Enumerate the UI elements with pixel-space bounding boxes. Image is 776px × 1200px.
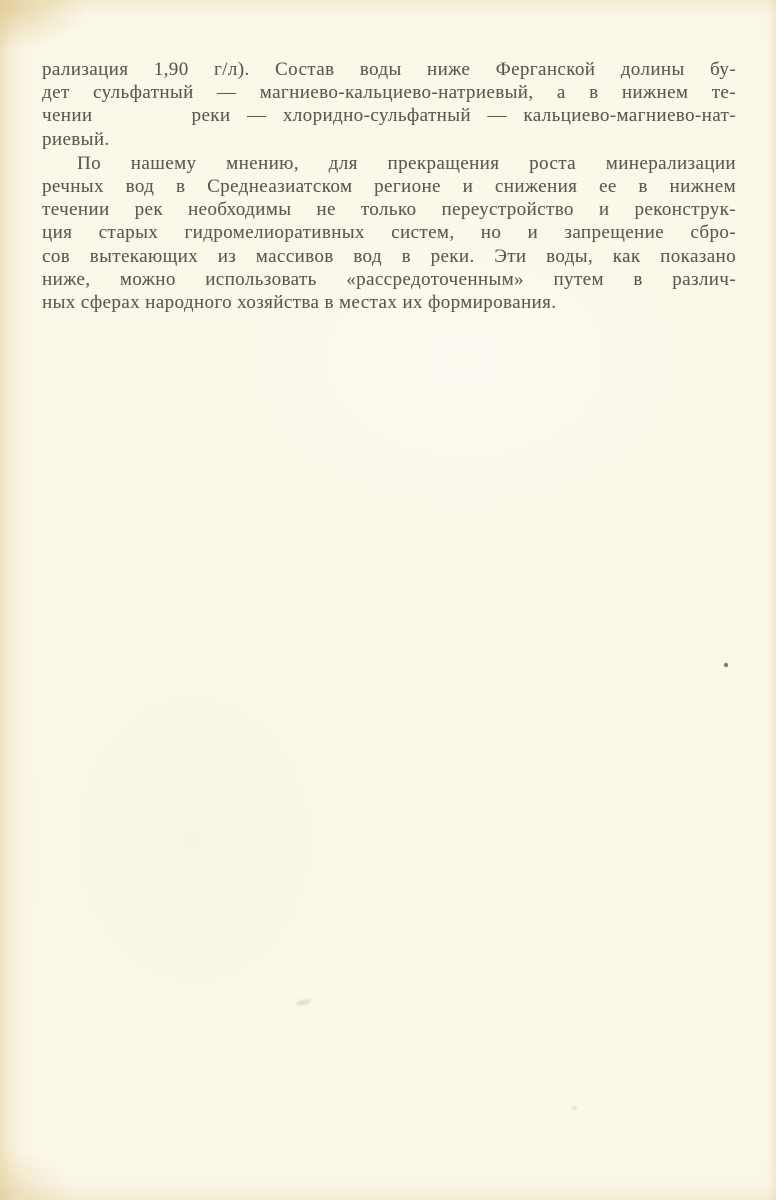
text-line: рализация 1,90 г/л). Состав воды ниже Фе… [42,58,736,81]
ink-speck [724,663,728,667]
text-line: ниже, можно использовать «рассредоточенн… [42,268,736,291]
paragraph-1: рализация 1,90 г/л). Состав воды ниже Фе… [42,58,736,151]
text-line: чении реки — хлоридно-сульфатный — кальц… [42,104,736,127]
text-line: ных сферах народного хозяйства в местах … [42,291,736,314]
scanned-page: рализация 1,90 г/л). Состав воды ниже Фе… [0,0,776,1200]
text-line: сов вытекающих из массивов вод в реки. Э… [42,245,736,268]
text-line: риевый. [42,128,736,151]
text-line: ция старых гидромелиоративных систем, но… [42,221,736,244]
text-line: речных вод в Среднеазиатском регионе и с… [42,175,736,198]
text-block: рализация 1,90 г/л). Состав воды ниже Фе… [42,58,736,314]
paragraph-2: По нашему мнению, для прекращения роста … [42,152,736,314]
pencil-smudge [296,998,312,1006]
paper-blemish [572,1106,577,1110]
text-line: дет сульфатный — магниево-кальциево-натр… [42,81,736,104]
text-line: течении рек необходимы не только переуст… [42,198,736,221]
text-line: По нашему мнению, для прекращения роста … [42,152,736,175]
